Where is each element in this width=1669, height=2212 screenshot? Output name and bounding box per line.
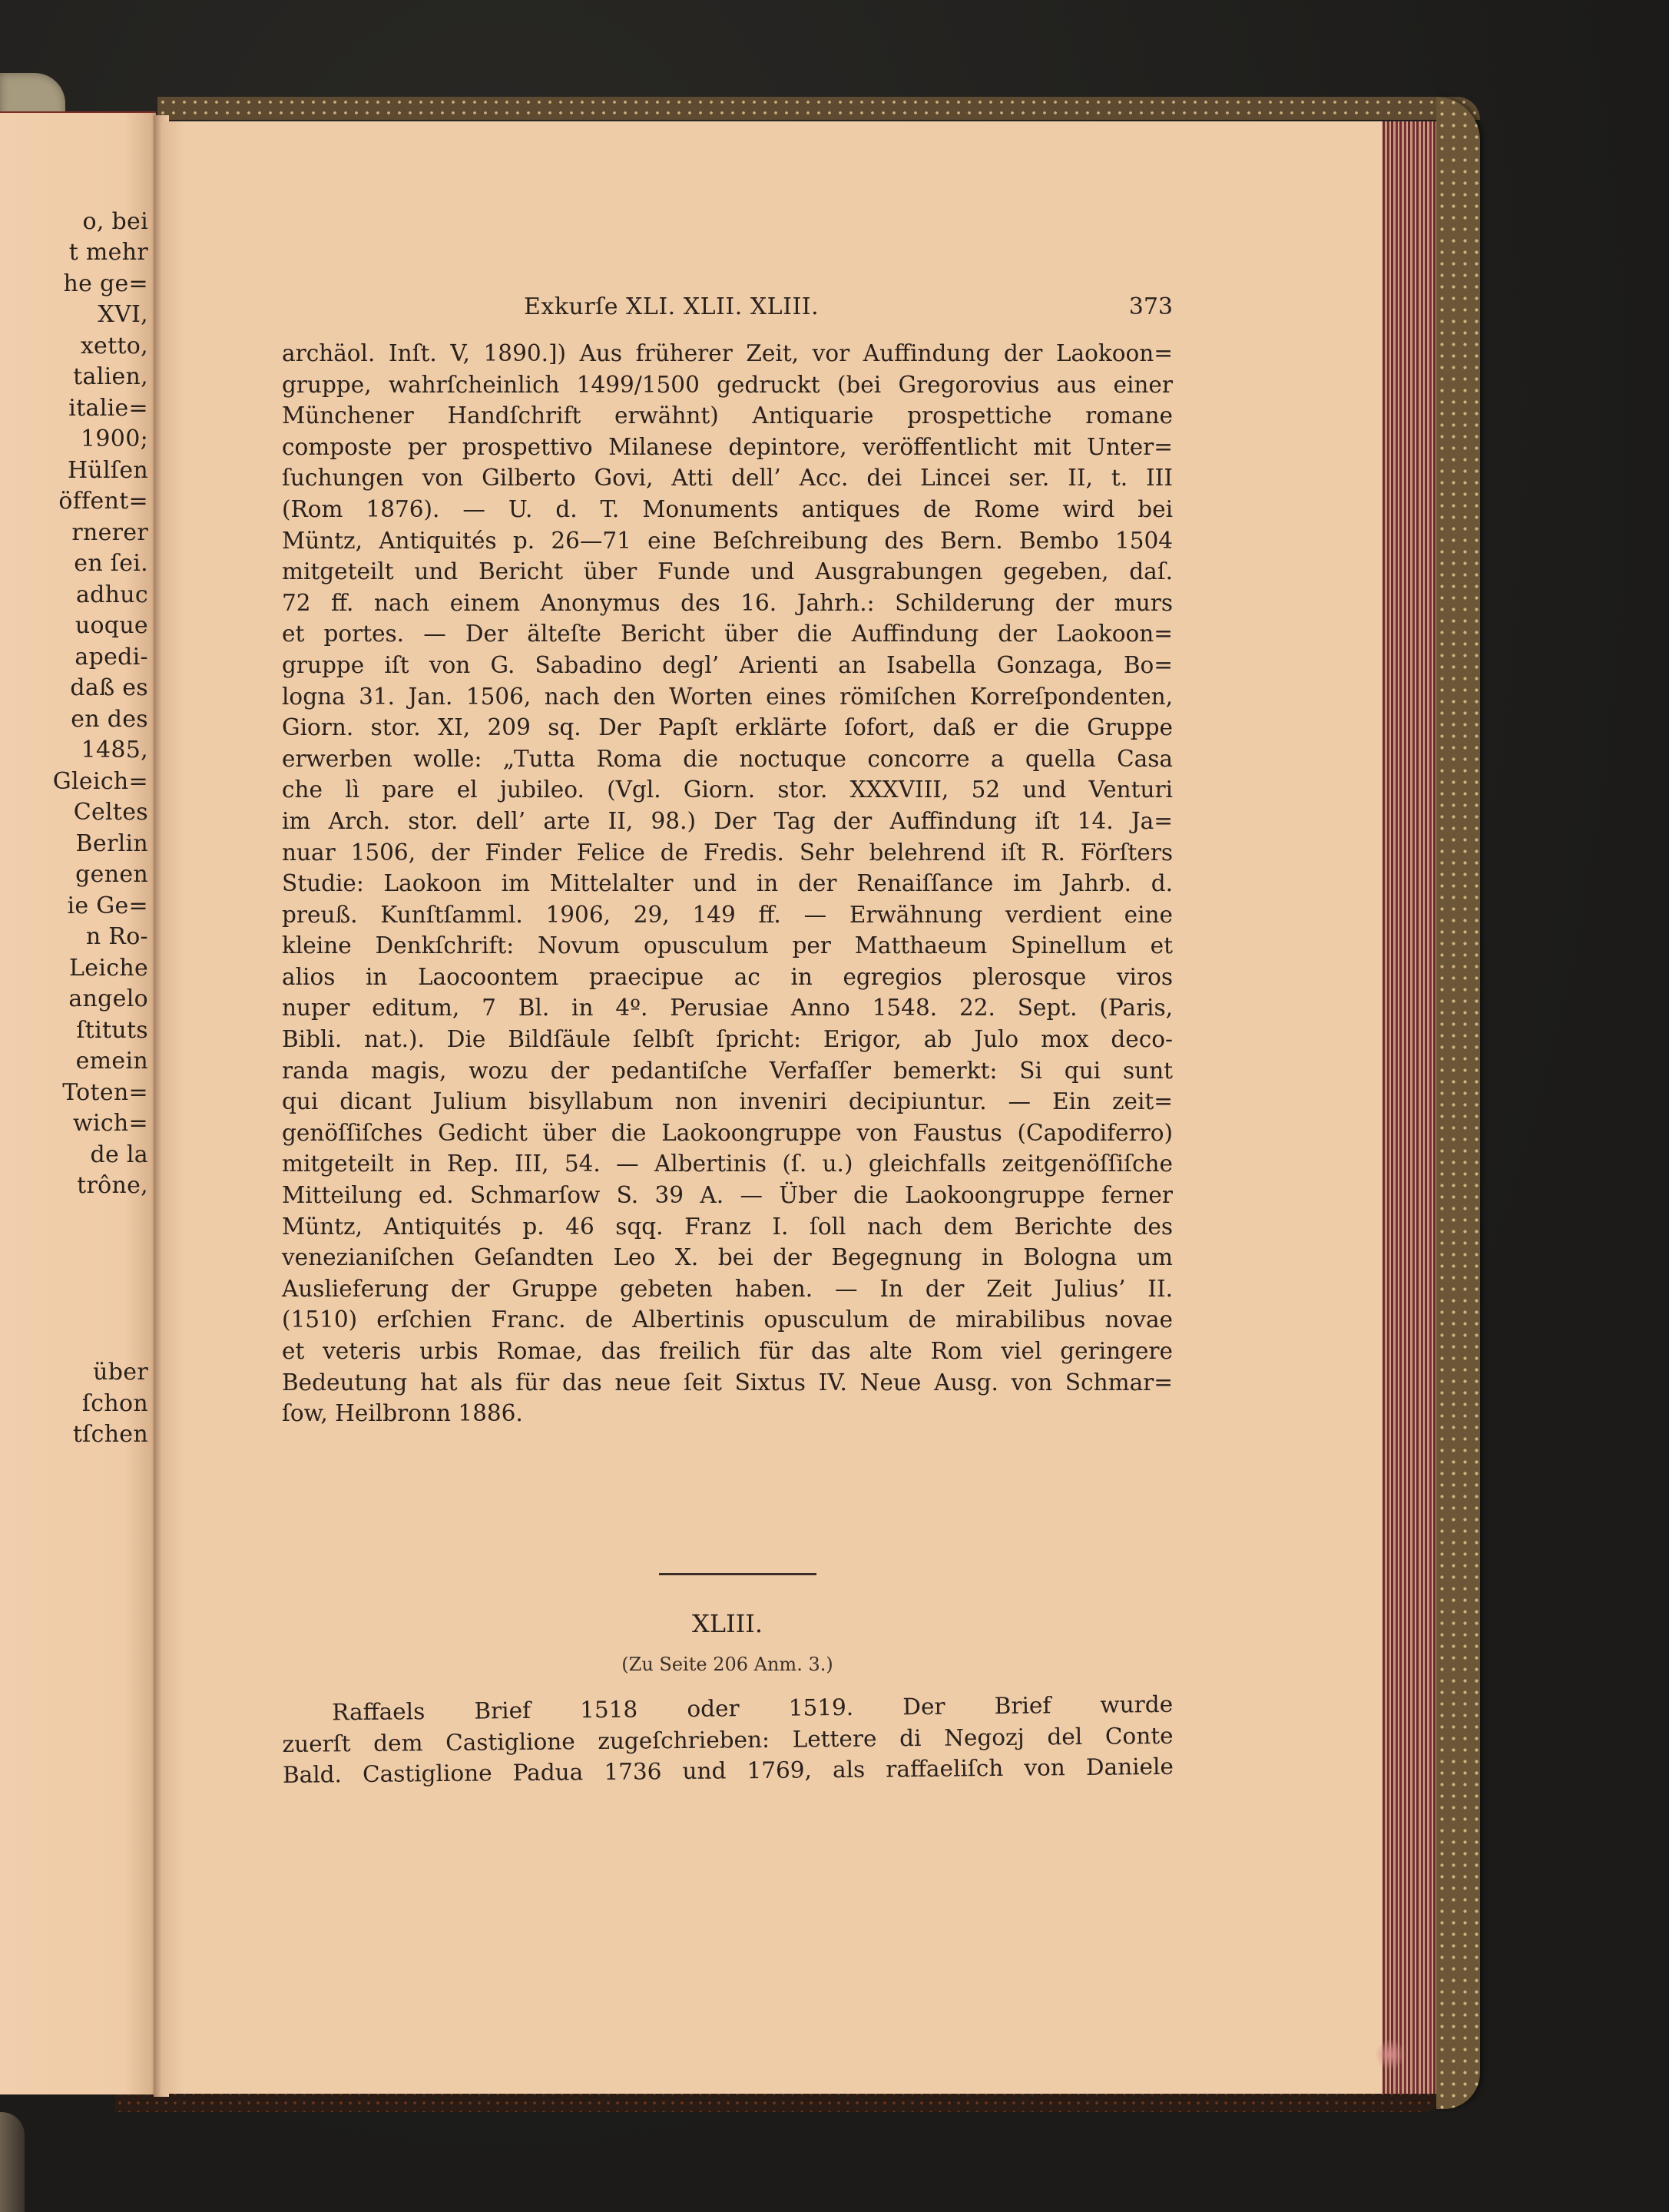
- left-text-line: ſtituts: [0, 1015, 148, 1047]
- text-line: et portes. — Der älteſte Bericht über di…: [282, 618, 1173, 650]
- left-text-line: über: [0, 1357, 148, 1389]
- left-text-line: Berlin: [0, 829, 148, 860]
- left-text-line: xetto,: [0, 331, 148, 363]
- text-line: erwerben wolle: „Tutta Roma die noctuque…: [282, 743, 1173, 775]
- text-line: gruppe, wahrſcheinlich 1499/1500 gedruck…: [282, 369, 1173, 401]
- text-line: Müntz, Antiquités p. 26—71 eine Beſchrei…: [282, 525, 1173, 557]
- left-text-line: ſchon: [0, 1389, 148, 1420]
- text-line: mitgeteilt und Bericht über Funde und Au…: [282, 556, 1173, 588]
- left-text-line: italie=: [0, 393, 148, 425]
- left-text-line: Hülſen: [0, 455, 148, 487]
- text-line: et veteris urbis Romae, das freilich für…: [282, 1336, 1173, 1367]
- text-line: (1510) erſchien Franc. de Albertinis opu…: [282, 1304, 1173, 1336]
- text-line: Müntz, Antiquités p. 46 sqq. Franz I. ſo…: [282, 1211, 1173, 1243]
- left-text-line: t mehr: [0, 237, 148, 269]
- text-line: Auslieferung der Gruppe gebeten haben. —…: [282, 1273, 1173, 1305]
- left-text-line: en ſei.: [0, 548, 148, 580]
- left-text-line: [0, 1326, 148, 1358]
- section-heading: XLIII.: [282, 1609, 1173, 1638]
- left-text-line: apedi-: [0, 642, 148, 674]
- left-text-line: [0, 1264, 148, 1296]
- left-text-line: Leiche: [0, 953, 148, 985]
- left-text-line: wich=: [0, 1108, 148, 1140]
- left-text-line: tſchen: [0, 1419, 148, 1451]
- text-line: randa magis, wozu der pedantiſche Verfaſ…: [282, 1055, 1173, 1087]
- section-reference: (Zu Seite 206 Anm. 3.): [282, 1654, 1173, 1675]
- text-line: Münchener Handſchrift erwähnt) Antiquari…: [282, 400, 1173, 432]
- left-text-line: uoque: [0, 611, 148, 642]
- text-line: mitgeteilt in Rep. III, 54. — Albertinis…: [282, 1148, 1173, 1180]
- text-line: alios in Laocoontem praecipue ac in egre…: [282, 962, 1173, 993]
- section-divider: [659, 1573, 816, 1575]
- bookmark-ribbon-end: [0, 2112, 25, 2212]
- text-line: gruppe iſt von G. Sabadino degl’ Arienti…: [282, 650, 1173, 681]
- text-line: ſow, Heilbronn 1886.: [282, 1398, 1173, 1429]
- book-cover-right-edge: [1436, 97, 1480, 2109]
- text-line: Giorn. stor. XI, 209 sq. Der Papſt erklä…: [282, 712, 1173, 743]
- page-edges: [1383, 121, 1438, 2094]
- text-line: genöſſiſches Gedicht über die Laokoongru…: [282, 1118, 1173, 1149]
- text-line: im Arch. stor. dell’ arte II, 98.) Der T…: [282, 806, 1173, 837]
- text-line: Bedeutung hat als für das neue ſeit Sixt…: [282, 1367, 1173, 1399]
- page-stain: [1375, 2039, 1406, 2070]
- text-line: Mitteilung ed. Schmarſow S. 39 A. — Über…: [282, 1180, 1173, 1211]
- body-text: archäol. Inſt. V, 1890.]) Aus früherer Z…: [282, 338, 1173, 1429]
- text-line: nuper editum, 7 Bl. in 4º. Perusiae Anno…: [282, 992, 1173, 1024]
- left-text-line: [0, 144, 148, 176]
- section-body: Raffaels Brief 1518 oder 1519. Der Brief…: [282, 1689, 1174, 1791]
- text-line: che lì pare el jubileo. (Vgl. Giorn. sto…: [282, 774, 1173, 806]
- left-text-line: genen: [0, 859, 148, 891]
- text-line: venezianiſchen Geſandten Leo X. bei der …: [282, 1242, 1173, 1273]
- left-text-line: trône,: [0, 1171, 148, 1202]
- left-text-line: [0, 175, 148, 207]
- text-line: composte per prospettivo Milanese depint…: [282, 432, 1173, 463]
- text-line: nuar 1506, der Finder Felice de Fredis. …: [282, 837, 1173, 869]
- text-line: Studie: Laokoon im Mittelalter und in de…: [282, 868, 1173, 899]
- running-head: Exkurſe XLI. XLII. XLIII. 373: [282, 293, 1173, 327]
- left-text-line: Gleich=: [0, 767, 148, 798]
- left-text-line: XVI,: [0, 300, 148, 331]
- left-text-line: o, bei: [0, 207, 148, 238]
- text-line: Bibli. nat.). Die Bildſäule ſelbſt ſpric…: [282, 1024, 1173, 1055]
- left-text-line: Toten=: [0, 1078, 148, 1109]
- left-text-line: adhuc: [0, 580, 148, 611]
- left-text-line: de la: [0, 1140, 148, 1171]
- left-page: o, beit mehrhe ge=XVI,xetto,talien,itali…: [0, 111, 156, 2094]
- text-line: 72 ff. nach einem Anonymus des 16. Jahrh…: [282, 588, 1173, 619]
- left-text-line: angelo: [0, 984, 148, 1015]
- left-text-line: Celtes: [0, 797, 148, 829]
- running-title: Exkurſe XLI. XLII. XLIII.: [524, 293, 819, 320]
- left-text-line: daß es: [0, 673, 148, 704]
- left-text-line: talien,: [0, 362, 148, 393]
- left-text-line: emein: [0, 1046, 148, 1078]
- left-text-line: rnerer: [0, 518, 148, 549]
- left-text-line: ie Ge=: [0, 891, 148, 922]
- text-line: ſuchungen von Gilberto Govi, Atti dell’ …: [282, 462, 1173, 494]
- book-cover-top-edge: [157, 97, 1480, 120]
- left-page-text-fragments: o, beit mehrhe ge=XVI,xetto,talien,itali…: [0, 113, 148, 1451]
- left-text-line: [0, 1295, 148, 1326]
- left-text-line: en des: [0, 704, 148, 736]
- left-text-line: n Ro-: [0, 922, 148, 953]
- text-line: logna 31. Jan. 1506, nach den Worten ein…: [282, 681, 1173, 713]
- page-number: 373: [1129, 293, 1173, 320]
- text-line: preuß. Kunſtſamml. 1906, 29, 149 ff. — E…: [282, 899, 1173, 931]
- left-text-line: [0, 1202, 148, 1233]
- left-text-line: 1900;: [0, 424, 148, 455]
- left-text-line: he ge=: [0, 269, 148, 300]
- left-text-line: [0, 1233, 148, 1264]
- text-line: (Rom 1876). — U. d. T. Monuments antique…: [282, 494, 1173, 525]
- left-text-line: [0, 113, 148, 144]
- left-text-line: 1485,: [0, 735, 148, 767]
- left-text-line: öffent=: [0, 486, 148, 518]
- text-line: qui dicant Julium bisyllabum non invenir…: [282, 1086, 1173, 1118]
- text-line: archäol. Inſt. V, 1890.]) Aus früherer Z…: [282, 338, 1173, 369]
- text-line: kleine Denkſchrift: Novum opusculum per …: [282, 930, 1173, 962]
